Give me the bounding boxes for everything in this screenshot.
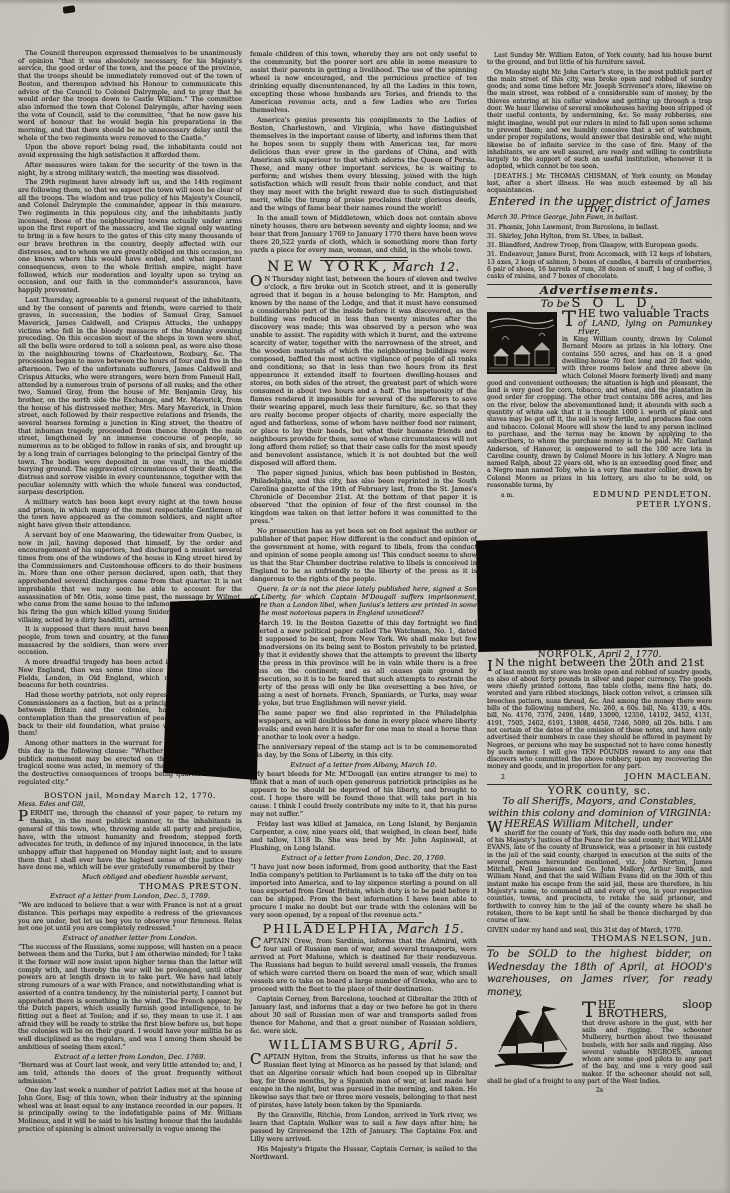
dateline-date: April 5.: [409, 1038, 458, 1052]
news-paragraph: By the Granville, Ritchie, from London, …: [250, 1111, 477, 1143]
extract-paragraph: “The success of the Russians, some suppo…: [18, 944, 242, 1052]
given-under-hand-line: GIVEN under my hand and seal, this 31st …: [487, 927, 712, 934]
sloop-sale-advertisement: THE sloop BROTHERS, that drove ashore in…: [487, 1001, 712, 1095]
nelson-signature: THOMAS NELSON, jun.: [487, 936, 712, 943]
lyons-signature: PETER LYONS.: [636, 501, 712, 508]
ship-entry: 31. Shirley, John Hylton, from St. Ubes,…: [487, 233, 712, 240]
redaction-block: [163, 598, 263, 780]
news-paragraph: March 19. In the Boston Gazette of this …: [250, 619, 477, 707]
plantation-woodcut-image: [487, 312, 557, 374]
signature-row: 2 JOHN MACLEAN.: [487, 773, 712, 781]
news-paragraph: After measures were taken for the securi…: [18, 162, 242, 177]
extract-heading: Extract of a letter from London, Dec. 20…: [250, 854, 477, 862]
news-paragraph: The 29th regiment have already left us, …: [18, 179, 242, 295]
dateline-date: March 12.: [393, 260, 460, 274]
extract-paragraph: “Bernard was at Court last week, and ver…: [18, 1062, 242, 1085]
redaction-block: [476, 531, 712, 652]
ink-mark: [63, 5, 76, 14]
section-rule: [487, 946, 712, 947]
news-paragraph: On Monday night Mr. John Carter's store,…: [487, 69, 712, 171]
news-paragraph: No prosecution has as yet been set on fo…: [250, 527, 477, 583]
ship-woodcut-image: [487, 1002, 577, 1072]
news-paragraph: The paper signed Junius, which has been …: [250, 469, 477, 525]
news-paragraph: One day last week a number of patriot La…: [18, 1087, 242, 1133]
news-paragraph: Captain Corney, from Barcelona, touched …: [250, 995, 477, 1035]
page-bottom-edge-shading: [0, 1187, 730, 1193]
news-paragraph: His Majesty's frigate the Hussar, Captai…: [250, 1145, 477, 1161]
city-name: PHILADELPHIA,: [263, 921, 395, 936]
drop-cap: I: [487, 660, 495, 673]
news-paragraph: America's genius presents his compliment…: [250, 116, 477, 212]
page-right-edge-shading: [723, 0, 730, 1193]
city-name: WILLIAMSBURG,: [269, 1037, 407, 1052]
newspaper-page: The Council thereupon expressed themselv…: [0, 0, 730, 1193]
middle-column: female children of this town, whereby th…: [250, 50, 477, 1162]
preston-letter-paragraph: PERMIT me, through the channel of your p…: [18, 810, 242, 872]
news-paragraph: Friday last was killed at Jamaica, on Lo…: [250, 820, 477, 852]
pendleton-signature: EDMUND PENDLETON.: [593, 491, 712, 498]
dateline-boston-jail: BOSTON jail, Monday March 12, 1770.: [18, 792, 242, 800]
ship-entry: 31. Phœnix, John Lawmont, from Barcelona…: [487, 224, 712, 231]
dateline-new-york: NEW YORK, March 12.: [250, 263, 477, 273]
signature-row: PETER LYONS.: [487, 501, 712, 508]
news-paragraph: female children of this town, whereby th…: [250, 50, 477, 114]
ad-run-mark: 2s: [487, 1087, 712, 1094]
sheriffs-address-heading: To all Sheriffs, Mayors, and Constables,…: [487, 796, 712, 819]
news-paragraph: A military watch has been kept every nig…: [18, 499, 242, 530]
letter-signoff: Much obliged and obedient humble servant…: [18, 874, 242, 882]
robbery-advertisement: IN the night between the 20th and 21st o…: [487, 660, 712, 770]
news-paragraph: CAPTAIN Hylton, from the Straits, inform…: [250, 1053, 477, 1109]
drop-cap: C: [250, 1053, 263, 1066]
escape-notice: WHEREAS William Mitchell, under sheriff …: [487, 821, 712, 924]
land-sale-advertisement: To be S O L D, THE two valuable Tracts o…: [487, 300, 712, 508]
preston-signature: THOMAS PRESTON.: [18, 884, 242, 892]
news-paragraph: CAPTAIN Crew, from Sardinia, informs tha…: [250, 937, 477, 993]
extract-heading: Extract of another letter from London.: [18, 935, 242, 943]
drop-cap: C: [250, 937, 263, 950]
news-paragraph: The Council thereupon expressed themselv…: [18, 50, 242, 142]
ad-run-mark: a m.: [487, 492, 514, 499]
drop-cap: W: [487, 821, 504, 834]
news-paragraph: Upon the above report being read, the in…: [18, 144, 242, 159]
left-column-lower: BOSTON jail, Monday March 12, 1770. Mess…: [18, 790, 242, 1160]
deaths-label: [DEATHS.]: [494, 173, 532, 180]
extract-paragraph: “I have just now been informed, from goo…: [250, 863, 477, 919]
news-paragraph: Last Thursday, agreeable to a general re…: [18, 297, 242, 497]
right-column-lower: NORFOLK, April 2, 1770. IN the night bet…: [487, 650, 712, 1162]
ad-run-mark: 2: [487, 774, 505, 781]
hood-auction-heading: To be SOLD to the highest bidder, on Wed…: [487, 949, 712, 999]
news-paragraph: The same paper we find also reprinted in…: [250, 709, 477, 741]
salutation-line: Mess. Edes and Gill,: [18, 801, 242, 809]
dateline-philadelphia: PHILADELPHIA, March 15.: [250, 925, 477, 935]
news-paragraph: Last Sunday Mr. William Eaton, of York c…: [487, 52, 712, 67]
extract-heading: Extract of a letter from London, Dec. 5,…: [18, 893, 242, 901]
news-paragraph: The anniversary repeal of the stamp act …: [250, 743, 477, 759]
extract-paragraph: “We are induced to believe that a war wi…: [18, 902, 242, 933]
page-top-edge-shading: [0, 0, 730, 5]
ship-entry: March 30. Prince George, John Fawn, in b…: [487, 214, 712, 221]
extract-paragraph: “My heart bleeds for Mr. M'Dougall (an e…: [250, 770, 477, 818]
news-paragraph: In the small town of Middletown, which d…: [250, 214, 477, 254]
right-column-upper: Last Sunday Mr. William Eaton, of York c…: [487, 52, 712, 532]
drop-cap: O: [250, 275, 264, 288]
maclean-signature: JOHN MACLEAN.: [625, 773, 712, 780]
deaths-notice: [DEATHS.] Mr. THOMAS CHISMAN, of York co…: [487, 173, 712, 195]
drop-cap: P: [18, 810, 30, 823]
extract-heading: Extract of a letter from Albany, March 1…: [250, 761, 477, 769]
advertisements-heading: Advertisements.: [487, 287, 712, 294]
york-county-heading: YORK county, sc.: [487, 788, 712, 795]
drop-cap: T: [582, 1001, 598, 1019]
news-paragraph: Quere. Is or is not the piece lately pub…: [250, 585, 477, 617]
drop-cap: T: [562, 310, 578, 328]
news-paragraph: ON Thursday night last, between the hour…: [250, 275, 477, 467]
dateline-williamsburg: WILLIAMSBURG, April 5.: [250, 1041, 477, 1051]
ink-blot: [0, 714, 9, 760]
shipping-list-heading: Entered in the upper district of James r…: [487, 198, 712, 213]
to-be-label: To be: [541, 298, 570, 310]
ship-entry: 31. Blandford, Andrew Troop, from Glasgo…: [487, 242, 712, 249]
ship-entry: 31. Endeavour, James Burst, from Accomac…: [487, 251, 712, 280]
city-name: NEW YORK,: [267, 259, 390, 275]
dateline-date: March 15.: [397, 922, 464, 936]
